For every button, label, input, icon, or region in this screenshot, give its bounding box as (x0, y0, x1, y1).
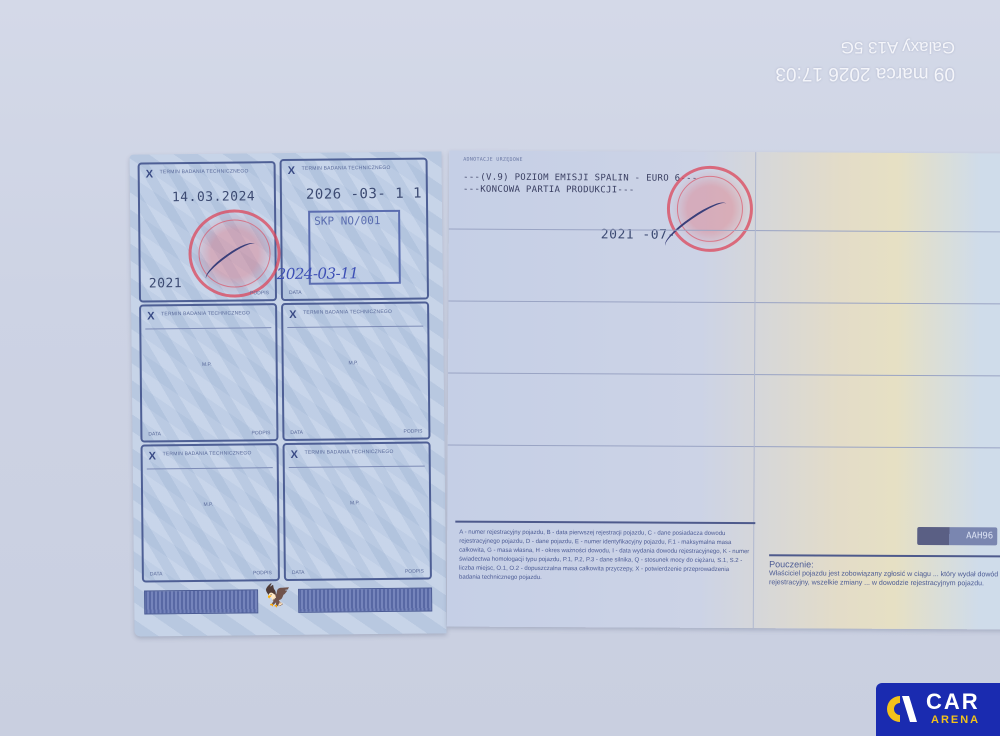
device-name: Galaxy A13 5G (730, 34, 955, 60)
divider (145, 327, 271, 329)
inspection-page: X TERMIN BADANIA TECHNICZNEGO 14.03.2024… (129, 151, 446, 636)
date-label: DATA (292, 570, 305, 576)
signature-label: PODPIS (405, 569, 424, 575)
security-band-right (298, 588, 432, 613)
signature-label: PODPIS (250, 290, 269, 296)
x-mark: X (291, 449, 298, 461)
date-label: DATA (148, 431, 161, 437)
car-arena-logo-icon (886, 693, 918, 725)
cell-header: TERMIN BADANIA TECHNICZNEGO (302, 165, 391, 172)
ruled-line (448, 445, 1000, 449)
seal-placeholder: M.P. (203, 502, 213, 508)
inspection-cell-3: X TERMIN BADANIA TECHNICZNEGO M.P. DATA … (139, 303, 278, 442)
car-arena-watermark: CAR ARENA (876, 683, 1000, 736)
cell-header: TERMIN BADANIA TECHNICZNEGO (163, 450, 252, 457)
x-mark: X (288, 165, 295, 177)
inspection-date: 14.03.2024 (172, 189, 255, 205)
registration-document: X TERMIN BADANIA TECHNICZNEGO 14.03.2024… (132, 148, 1000, 643)
x-mark: X (149, 450, 156, 462)
document-serial-number: AAH96 (917, 527, 997, 545)
brand-name: CAR (926, 689, 980, 715)
inspection-cell-6: X TERMIN BADANIA TECHNICZNEGO M.P. DATA … (283, 442, 432, 582)
signature-label: PODPIS (403, 429, 422, 435)
seal-placeholder: M.P. (350, 501, 360, 507)
photo-date: 09 marca 2026 17:03 (730, 60, 955, 86)
divider (287, 326, 423, 328)
signature-label: PODPIS (253, 570, 272, 576)
cell-header: TERMIN BADANIA TECHNICZNEGO (160, 168, 249, 175)
ruled-line (448, 373, 1000, 377)
date-label: DATA (150, 571, 163, 577)
polish-eagle-emblem-icon: 🦅 (264, 583, 292, 609)
production-annotation: ---KONCOWA PARTIA PRODUKCJI--- (463, 185, 635, 196)
field-code-legend: A - numer rejestracyjny pojazdu, B - dat… (455, 521, 756, 621)
cell-header: TERMIN BADANIA TECHNICZNEGO (303, 309, 392, 316)
x-mark: X (147, 310, 154, 322)
divider (147, 467, 273, 469)
next-inspection-date: 2026 -03- 1 1 (306, 186, 422, 203)
divider (289, 466, 425, 468)
stamp-year: 2021 (149, 276, 182, 291)
seal-placeholder: M.P. (348, 361, 358, 367)
notice-title: Pouczenie: (769, 560, 1000, 570)
date-label: DATA (289, 290, 302, 296)
section-header: ADNOTACJE URZĘDOWE (463, 157, 523, 163)
inspection-cell-2: X TERMIN BADANIA TECHNICZNEGO 2026 -03- … (280, 158, 429, 302)
annotations-page: ADNOTACJE URZĘDOWE ---(V.9) POZIOM EMISJ… (447, 151, 1000, 630)
photo-timestamp-overlay: 09 marca 2026 17:03 Galaxy A13 5G (730, 34, 955, 86)
x-mark: X (146, 168, 153, 180)
date-label: DATA (290, 430, 303, 436)
x-mark: X (289, 309, 296, 321)
owner-notice: Pouczenie: Właściciel pojazdu jest zobow… (769, 554, 1000, 588)
signature-label: PODPIS (251, 430, 270, 436)
cell-header: TERMIN BADANIA TECHNICZNEGO (161, 310, 250, 317)
notice-text: Właściciel pojazdu jest zobowiązany zgło… (769, 570, 998, 587)
seal-placeholder: M.P. (202, 362, 212, 368)
inspection-cell-1: X TERMIN BADANIA TECHNICZNEGO 14.03.2024… (138, 161, 277, 302)
ruled-line (448, 301, 1000, 305)
handwritten-date: 2024-03-11 (277, 264, 359, 283)
cell-header: TERMIN BADANIA TECHNICZNEGO (305, 449, 394, 456)
inspection-cell-5: X TERMIN BADANIA TECHNICZNEGO M.P. DATA … (141, 443, 280, 582)
emission-annotation: ---(V.9) POZIOM EMISJI SPALIN - EURO 6--… (463, 173, 698, 184)
brand-subname: ARENA (931, 714, 980, 726)
security-band-left (144, 589, 258, 614)
inspection-cell-4: X TERMIN BADANIA TECHNICZNEGO M.P. DATA … (281, 302, 430, 442)
